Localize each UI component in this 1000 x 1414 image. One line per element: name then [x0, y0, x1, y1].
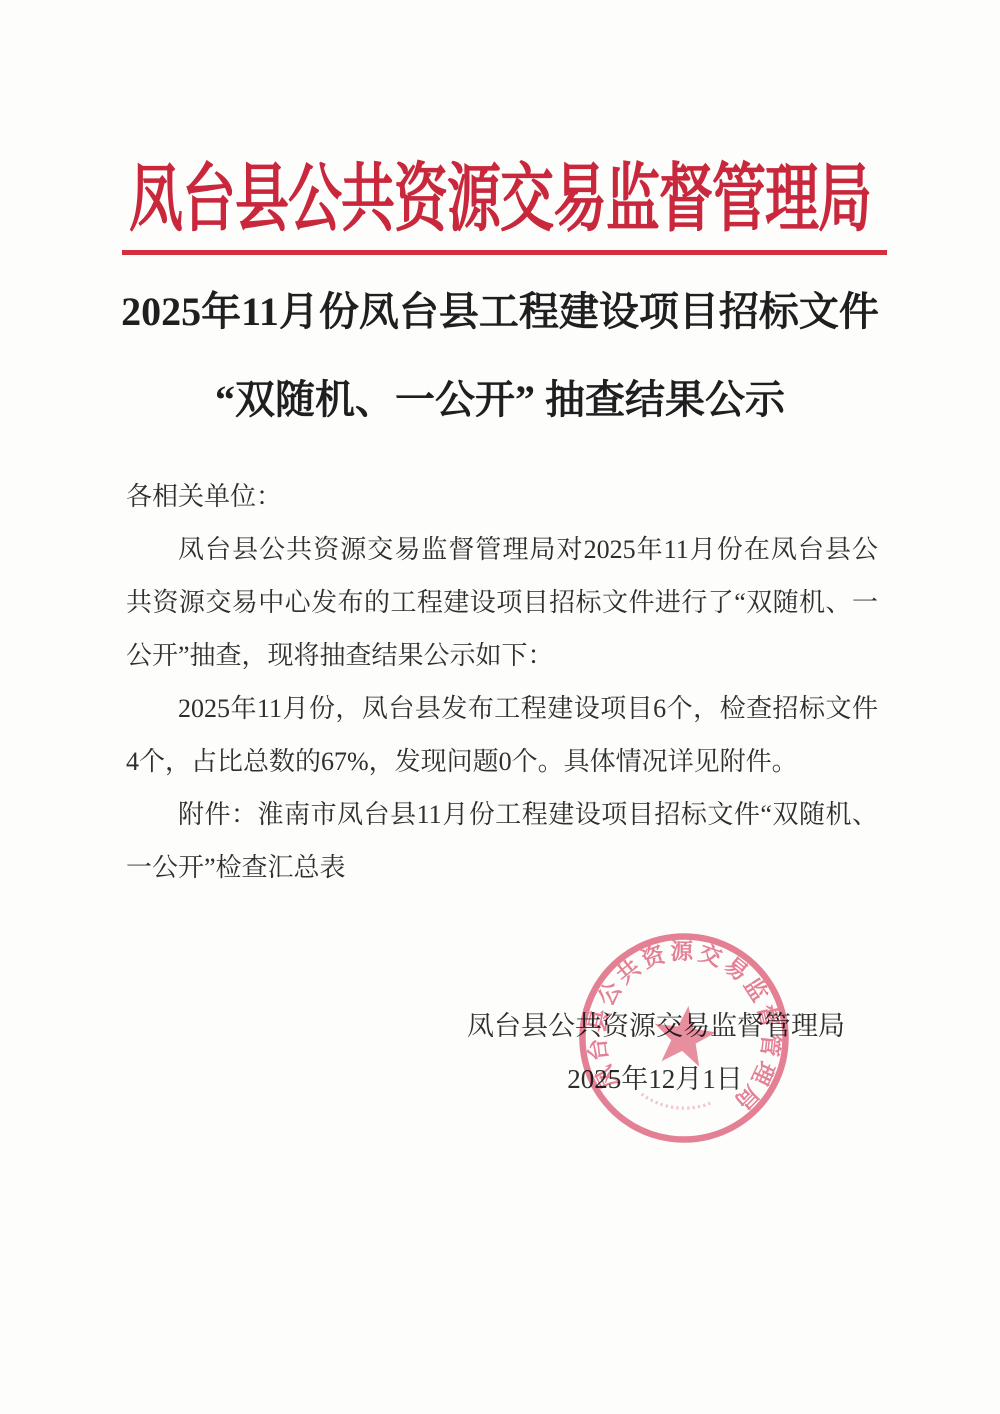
- doc-title: 2025年11月份凤台县工程建设项目招标文件 “双随机、一公开” 抽查结果公示: [0, 268, 1000, 444]
- document-body: 各相关单位： 凤台县公共资源交易监督管理局对2025年11月份在凤台县公共资源交…: [126, 470, 878, 894]
- body-paragraph-1: 凤台县公共资源交易监督管理局对2025年11月份在凤台县公共资源交易中心发布的工…: [126, 523, 878, 682]
- doc-title-line2: “双随机、一公开” 抽查结果公示: [0, 356, 1000, 444]
- body-paragraph-2: 2025年11月份，凤台县发布工程建设项目6个，检查招标文件4个，占比总数的67…: [126, 682, 878, 788]
- signature-date: 2025年12月1日: [467, 1053, 843, 1106]
- signature-org: 凤台县公共资源交易监督管理局: [467, 1000, 843, 1053]
- doc-title-line1: 2025年11月份凤台县工程建设项目招标文件: [0, 268, 1000, 356]
- letterhead-divider: [122, 250, 887, 255]
- salutation: 各相关单位：: [126, 470, 878, 523]
- body-paragraph-3: 附件：淮南市凤台县11月份工程建设项目招标文件“双随机、一公开”检查汇总表: [126, 788, 878, 894]
- document-page: 凤台县公共资源交易监督管理局 2025年11月份凤台县工程建设项目招标文件 “双…: [0, 0, 1000, 1414]
- signature-block: 凤台县公共资源交易监督管理局 2025年12月1日: [467, 1000, 843, 1106]
- letterhead-title: 凤台县公共资源交易监督管理局: [0, 140, 1000, 246]
